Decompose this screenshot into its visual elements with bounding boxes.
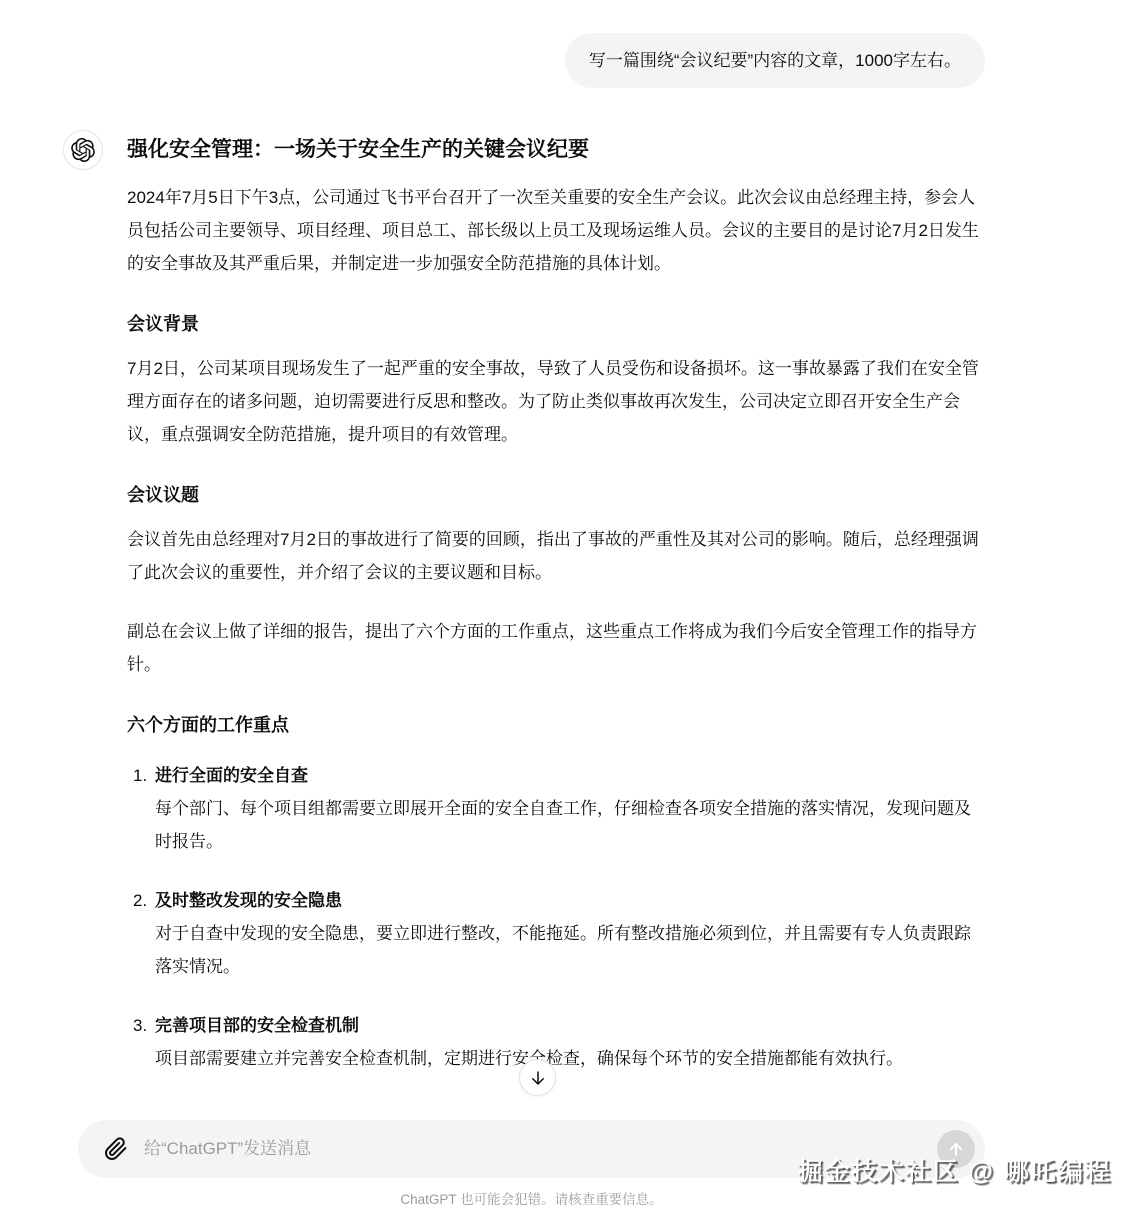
disclaimer-text: ChatGPT 也可能会犯错。请核查重要信息。 <box>78 1188 985 1208</box>
list-item: 2. 及时整改发现的安全隐患 对于自查中发现的安全隐患，要立即进行整改，不能拖延… <box>127 884 985 983</box>
article-title: 强化安全管理：一场关于安全生产的关键会议纪要 <box>127 130 985 165</box>
list-item-number: 3. <box>127 1009 155 1075</box>
message-composer <box>78 1120 985 1178</box>
arrow-down-icon <box>529 1069 547 1087</box>
chat-area: 写一篇围绕“会议纪要”内容的文章，1000字左右。 强化安全管理：一场关于安全生… <box>63 0 985 1101</box>
section-heading-topics: 会议议题 <box>127 481 985 509</box>
list-item-number: 2. <box>127 884 155 983</box>
chatgpt-logo-icon <box>71 138 95 162</box>
section-paragraph: 会议首先由总经理对7月2日的事故进行了简要的回顾，指出了事故的严重性及其对公司的… <box>127 523 985 589</box>
assistant-avatar <box>63 130 103 170</box>
section-paragraph: 7月2日，公司某项目现场发生了一起严重的安全事故，导致了人员受伤和设备损坏。这一… <box>127 352 985 451</box>
list-item: 1. 进行全面的安全自查 每个部门、每个项目组都需要立即展开全面的安全自查工作，… <box>127 759 985 858</box>
list-item-number: 1. <box>127 759 155 858</box>
user-message-bubble: 写一篇围绕“会议纪要”内容的文章，1000字左右。 <box>565 33 985 88</box>
message-input[interactable] <box>144 1139 937 1159</box>
user-message-row: 写一篇围绕“会议纪要”内容的文章，1000字左右。 <box>63 33 985 88</box>
list-item: 3. 完善项目部的安全检查机制 项目部需要建立并完善安全检查机制，定期进行安全检… <box>127 1009 985 1075</box>
assistant-message-row: 强化安全管理：一场关于安全生产的关键会议纪要 2024年7月5日下午3点，公司通… <box>63 130 985 1101</box>
list-item-body: 每个部门、每个项目组都需要立即展开全面的安全自查工作，仔细检查各项安全措施的落实… <box>155 792 985 858</box>
section-heading-background: 会议背景 <box>127 310 985 338</box>
send-button[interactable] <box>937 1130 975 1168</box>
assistant-message-content: 强化安全管理：一场关于安全生产的关键会议纪要 2024年7月5日下午3点，公司通… <box>127 130 985 1101</box>
section-heading-six-points: 六个方面的工作重点 <box>127 711 985 739</box>
work-points-list: 1. 进行全面的安全自查 每个部门、每个项目组都需要立即展开全面的安全自查工作，… <box>127 759 985 1075</box>
arrow-up-icon <box>946 1139 966 1159</box>
attach-file-button[interactable] <box>100 1133 132 1165</box>
list-item-title: 进行全面的安全自查 <box>155 759 985 792</box>
section-paragraph: 副总在会议上做了详细的报告，提出了六个方面的工作重点，这些重点工作将成为我们今后… <box>127 615 985 681</box>
list-item-body: 对于自查中发现的安全隐患，要立即进行整改，不能拖延。所有整改措施必须到位，并且需… <box>155 917 985 983</box>
article-intro-paragraph: 2024年7月5日下午3点，公司通过飞书平台召开了一次至关重要的安全生产会议。此… <box>127 181 985 280</box>
scroll-to-bottom-button[interactable] <box>519 1059 556 1096</box>
paperclip-icon <box>104 1137 128 1161</box>
list-item-title: 完善项目部的安全检查机制 <box>155 1009 903 1042</box>
list-item-title: 及时整改发现的安全隐患 <box>155 884 985 917</box>
